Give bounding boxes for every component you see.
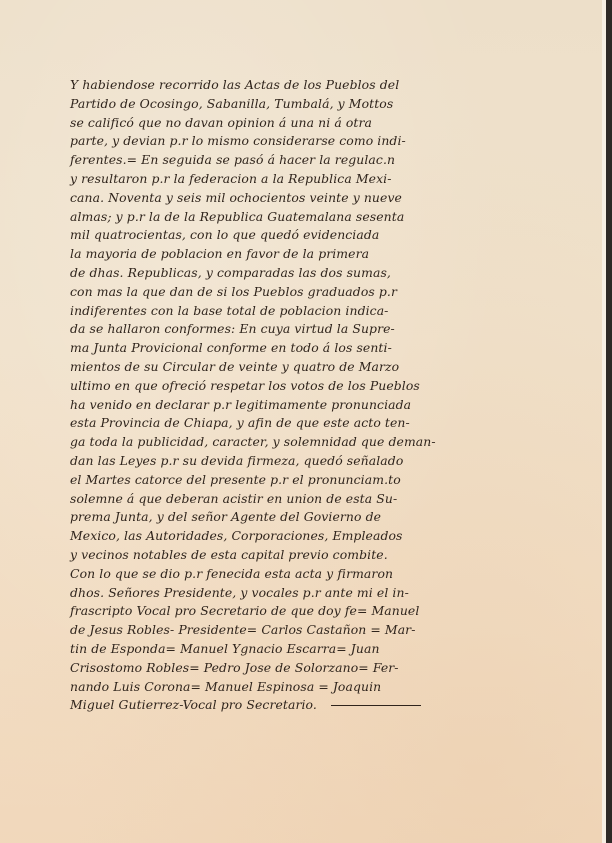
manuscript-line: dhos. Señores Presidente, y vocales p.r …	[70, 584, 548, 603]
manuscript-line: dan las Leyes p.r su devida firmeza, que…	[70, 452, 548, 471]
manuscript-line: se calificó que no davan opinion á una n…	[70, 114, 548, 133]
manuscript-line: almas; y p.r la de la Republica Guatemal…	[70, 208, 548, 227]
manuscript-line: ferentes.= En seguida se pasó á hacer la…	[70, 151, 548, 170]
manuscript-line: ultimo en que ofreció respetar los votos…	[70, 377, 548, 396]
manuscript-line: nando Luis Corona= Manuel Espinosa = Joa…	[70, 678, 548, 697]
closing-flourish-rule	[331, 705, 421, 706]
manuscript-line-text: Miguel Gutierrez-Vocal pro Secretario.	[70, 697, 317, 712]
manuscript-line: solemne á que deberan acistir en union d…	[70, 490, 548, 509]
manuscript-line: Crisostomo Robles= Pedro Jose de Solorza…	[70, 659, 548, 678]
manuscript-line: ma Junta Provicional conforme en todo á …	[70, 339, 548, 358]
manuscript-last-line: Miguel Gutierrez-Vocal pro Secretario.	[70, 696, 548, 715]
manuscript-line: ha venido en declarar p.r legitimamente …	[70, 396, 548, 415]
manuscript-line: con mas la que dan de si los Pueblos gra…	[70, 283, 548, 302]
manuscript-line: Y habiendose recorrido las Actas de los …	[70, 76, 548, 95]
manuscript-line: la mayoria de poblacion en favor de la p…	[70, 245, 548, 264]
manuscript-line: de Jesus Robles- Presidente= Carlos Cast…	[70, 621, 548, 640]
manuscript-line: da se hallaron conformes: En cuya virtud…	[70, 320, 548, 339]
manuscript-line: Con lo que se dio p.r fenecida esta acta…	[70, 565, 548, 584]
manuscript-line: mientos de su Circular de veinte y quatr…	[70, 358, 548, 377]
manuscript-line: prema Junta, y del señor Agente del Govi…	[70, 508, 548, 527]
manuscript-line: frascripto Vocal pro Secretario de que d…	[70, 602, 548, 621]
manuscript-line: mil quatrocientas, con lo que quedó evid…	[70, 226, 548, 245]
scan-border	[606, 0, 612, 843]
manuscript-line: tin de Esponda= Manuel Ygnacio Escarra= …	[70, 640, 548, 659]
manuscript-line: de dhas. Republicas, y comparadas las do…	[70, 264, 548, 283]
manuscript-line: Partido de Ocosingo, Sabanilla, Tumbalá,…	[70, 95, 548, 114]
manuscript-line: indiferentes con la base total de poblac…	[70, 302, 548, 321]
manuscript-line: esta Provincia de Chiapa, y afin de que …	[70, 414, 548, 433]
manuscript-line: parte, y devian p.r lo mismo considerars…	[70, 132, 548, 151]
manuscript-line: el Martes catorce del presente p.r el pr…	[70, 471, 548, 490]
manuscript-line: y resultaron p.r la federacion a la Repu…	[70, 170, 548, 189]
manuscript-text: Y habiendose recorrido las Actas de los …	[70, 76, 548, 715]
manuscript-line: Mexico, las Autoridades, Corporaciones, …	[70, 527, 548, 546]
manuscript-page: Y habiendose recorrido las Actas de los …	[0, 0, 602, 843]
manuscript-line: y vecinos notables de esta capital previ…	[70, 546, 548, 565]
manuscript-line: cana. Noventa y seis mil ochocientos vei…	[70, 189, 548, 208]
manuscript-line: ga toda la publicidad, caracter, y solem…	[70, 433, 548, 452]
